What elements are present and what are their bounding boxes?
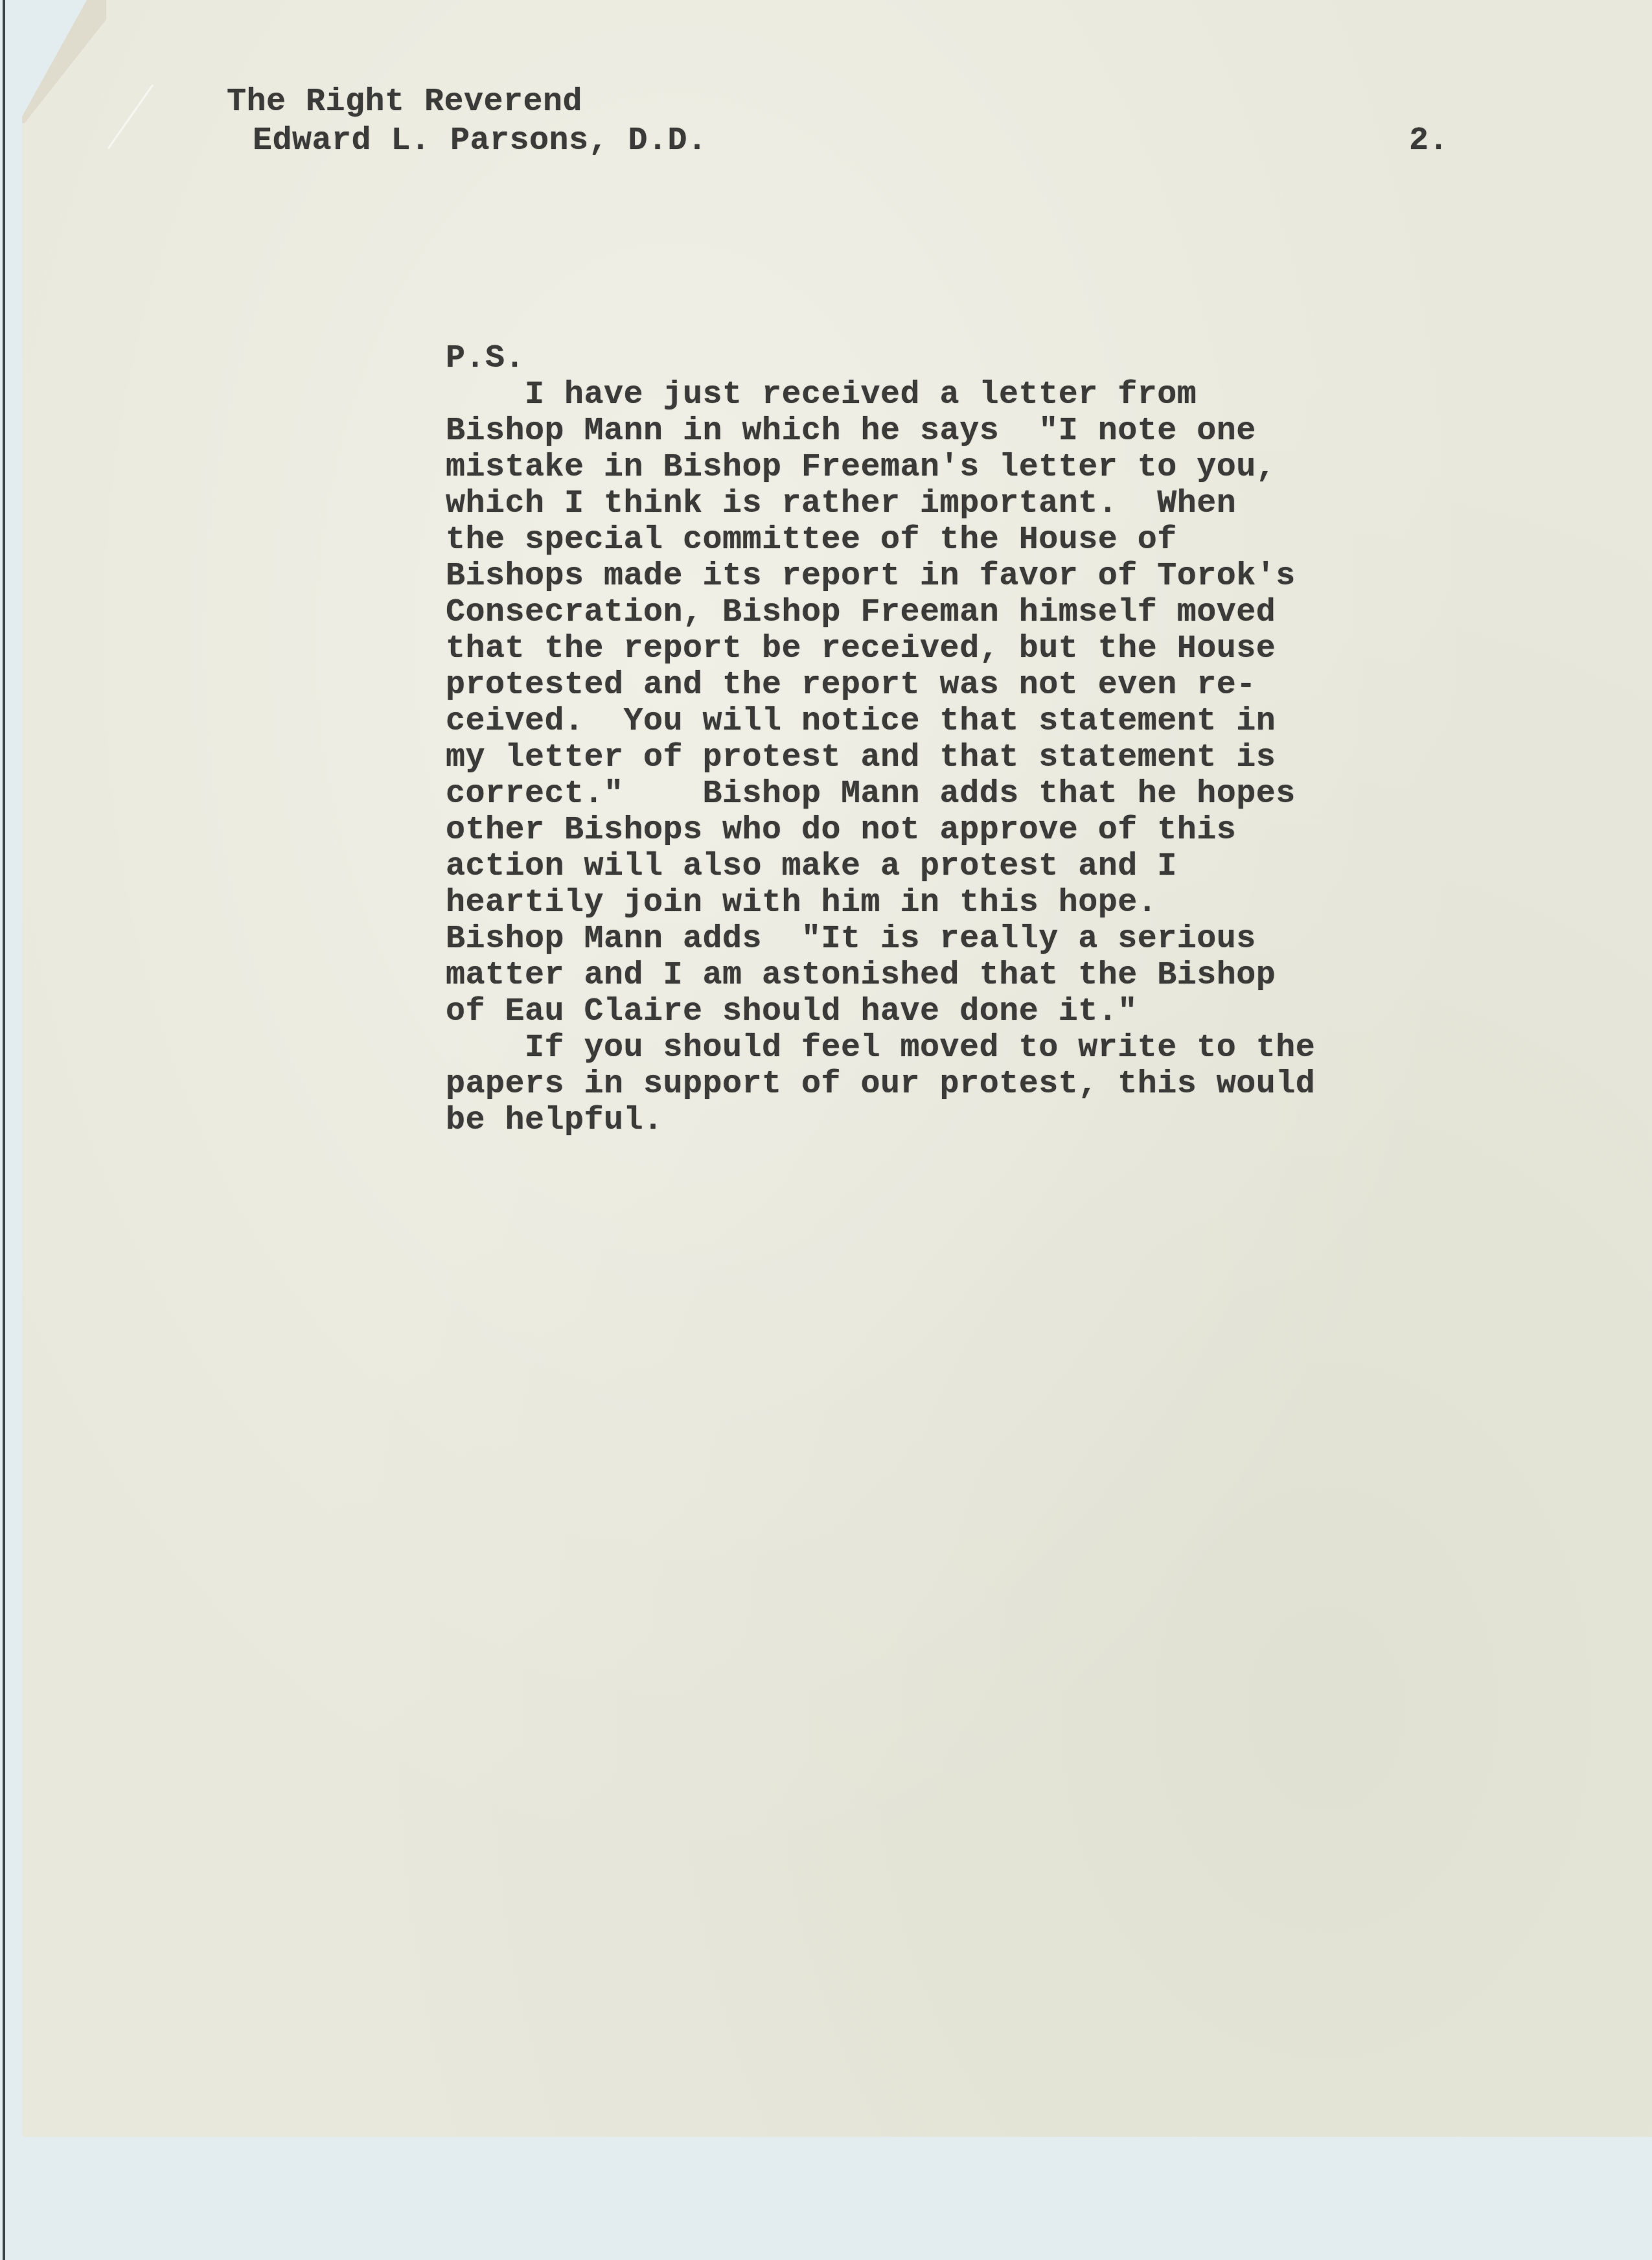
- text-line: I have just received a letter from: [446, 377, 1315, 413]
- text-line: other Bishops who do not approve of this: [446, 813, 1315, 849]
- text-line: Bishop Mann adds "It is really a serious: [446, 921, 1315, 958]
- page-number: 2.: [1409, 123, 1449, 159]
- text-line: that the report be received, but the Hou…: [446, 631, 1315, 667]
- text-line: mistake in Bishop Freeman's letter to yo…: [446, 450, 1315, 486]
- text-line: be helpful.: [446, 1103, 1315, 1139]
- text-line: papers in support of our protest, this w…: [446, 1067, 1315, 1103]
- postscript-label: P.S.: [446, 341, 1315, 377]
- postscript-body: P.S. I have just received a letter fromB…: [446, 341, 1315, 1139]
- text-line: Bishops made its report in favor of Toro…: [446, 559, 1315, 595]
- text-line: action will also make a protest and I: [446, 849, 1315, 885]
- text-line: If you should feel moved to write to the: [446, 1030, 1315, 1067]
- postscript-text: I have just received a letter fromBishop…: [446, 377, 1315, 1139]
- text-line: of Eau Claire should have done it.": [446, 994, 1315, 1030]
- addressee-title: The Right Reverend: [227, 84, 582, 121]
- text-line: heartily join with him in this hope.: [446, 885, 1315, 921]
- text-line: matter and I am astonished that the Bish…: [446, 958, 1315, 994]
- text-line: which I think is rather important. When: [446, 486, 1315, 522]
- text-line: protested and the report was not even re…: [446, 667, 1315, 704]
- text-line: the special committee of the House of: [446, 522, 1315, 559]
- text-line: correct." Bishop Mann adds that he hopes: [446, 776, 1315, 813]
- text-line: my letter of protest and that statement …: [446, 740, 1315, 776]
- text-line: Bishop Mann in which he says "I note one: [446, 413, 1315, 450]
- scanner-edge: [3, 0, 5, 2260]
- text-line: Consecration, Bishop Freeman himself mov…: [446, 595, 1315, 631]
- addressee-name: Edward L. Parsons, D.D.: [253, 123, 707, 159]
- text-line: ceived. You will notice that statement i…: [446, 704, 1315, 740]
